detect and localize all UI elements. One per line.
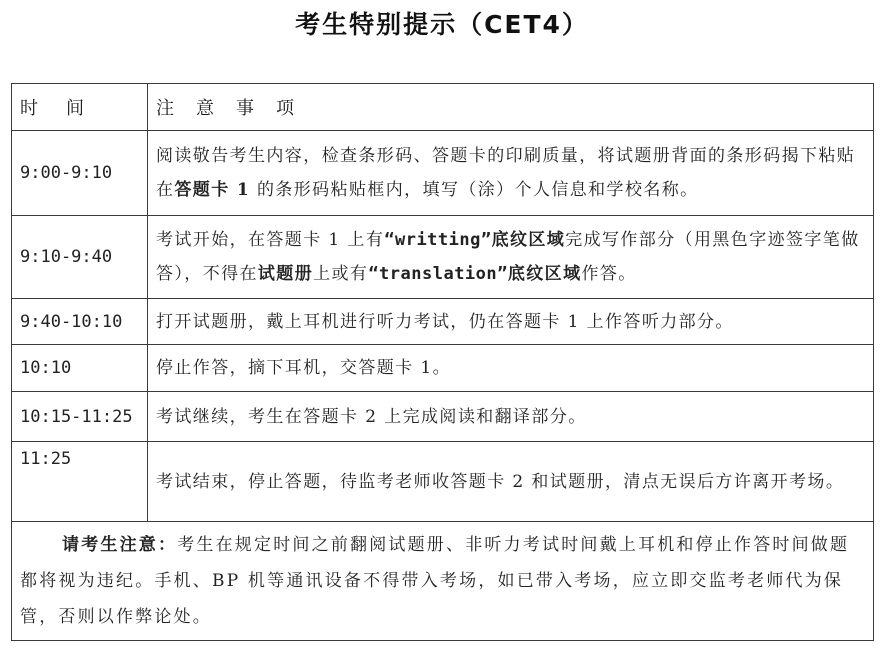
footer-lead: 请考生注意： — [20, 535, 177, 555]
table-row: 10:15-11:25 考试继续，考生在答题卡 2 上完成阅读和翻译部分。 — [12, 392, 874, 442]
note-text: 作答。 — [581, 264, 636, 284]
row-note: 考试继续，考生在答题卡 2 上完成阅读和翻译部分。 — [148, 392, 874, 442]
note-emphasis: 答题卡 1 — [174, 180, 250, 200]
table-row: 9:10-9:40 考试开始，在答题卡 1 上有“writting”底纹区域完成… — [12, 216, 874, 299]
page-title: 考生特别提示（CET4） — [0, 8, 884, 42]
table-header-row: 时间 注意事项 — [12, 84, 874, 131]
note-emphasis: “writting” — [384, 230, 491, 250]
header-notes: 注意事项 — [148, 84, 874, 131]
table-row: 10:10 停止作答，摘下耳机，交答题卡 1。 — [12, 345, 874, 392]
note-text: 上或有 — [313, 264, 368, 284]
table-row: 9:00-9:10 阅读敬告考生内容，检查条形码、答题卡的印刷质量，将试题册背面… — [12, 131, 874, 216]
row-time: 11:25 — [12, 442, 148, 522]
row-note: 打开试题册，戴上耳机进行听力考试，仍在答题卡 1 上作答听力部分。 — [148, 299, 874, 345]
row-note: 停止作答，摘下耳机，交答题卡 1。 — [148, 345, 874, 392]
row-time: 9:00-9:10 — [12, 131, 148, 216]
note-emphasis: 底纹区域 — [492, 230, 566, 250]
footer-notice: 请考生注意：考生在规定时间之前翻阅试题册、非听力考试时间戴上耳机和停止作答时间做… — [12, 522, 874, 641]
note-emphasis: “translation” — [368, 264, 508, 284]
row-note: 阅读敬告考生内容，检查条形码、答题卡的印刷质量，将试题册背面的条形码揭下粘贴在答… — [148, 131, 874, 216]
table-row: 11:25 考试结束，停止答题，待监考老师收答题卡 2 和试题册，清点无误后方许… — [12, 442, 874, 522]
row-time: 10:15-11:25 — [12, 392, 148, 442]
note-emphasis: 底纹区域 — [508, 264, 582, 284]
row-note: 考试结束，停止答题，待监考老师收答题卡 2 和试题册，清点无误后方许离开考场。 — [148, 442, 874, 522]
row-time: 9:10-9:40 — [12, 216, 148, 299]
note-emphasis: 试题册 — [258, 264, 313, 284]
row-time: 9:40-10:10 — [12, 299, 148, 345]
row-time: 10:10 — [12, 345, 148, 392]
row-note: 考试开始，在答题卡 1 上有“writting”底纹区域完成写作部分（用黑色字迹… — [148, 216, 874, 299]
exam-schedule-table: 时间 注意事项 9:00-9:10 阅读敬告考生内容，检查条形码、答题卡的印刷质… — [11, 83, 874, 641]
footer-row: 请考生注意：考生在规定时间之前翻阅试题册、非听力考试时间戴上耳机和停止作答时间做… — [12, 522, 874, 641]
header-time: 时间 — [12, 84, 148, 131]
table-row: 9:40-10:10 打开试题册，戴上耳机进行听力考试，仍在答题卡 1 上作答听… — [12, 299, 874, 345]
note-text: 考试开始，在答题卡 1 上有 — [156, 230, 384, 250]
note-text: 的条形码粘贴框内，填写（涂）个人信息和学校名称。 — [250, 180, 698, 200]
